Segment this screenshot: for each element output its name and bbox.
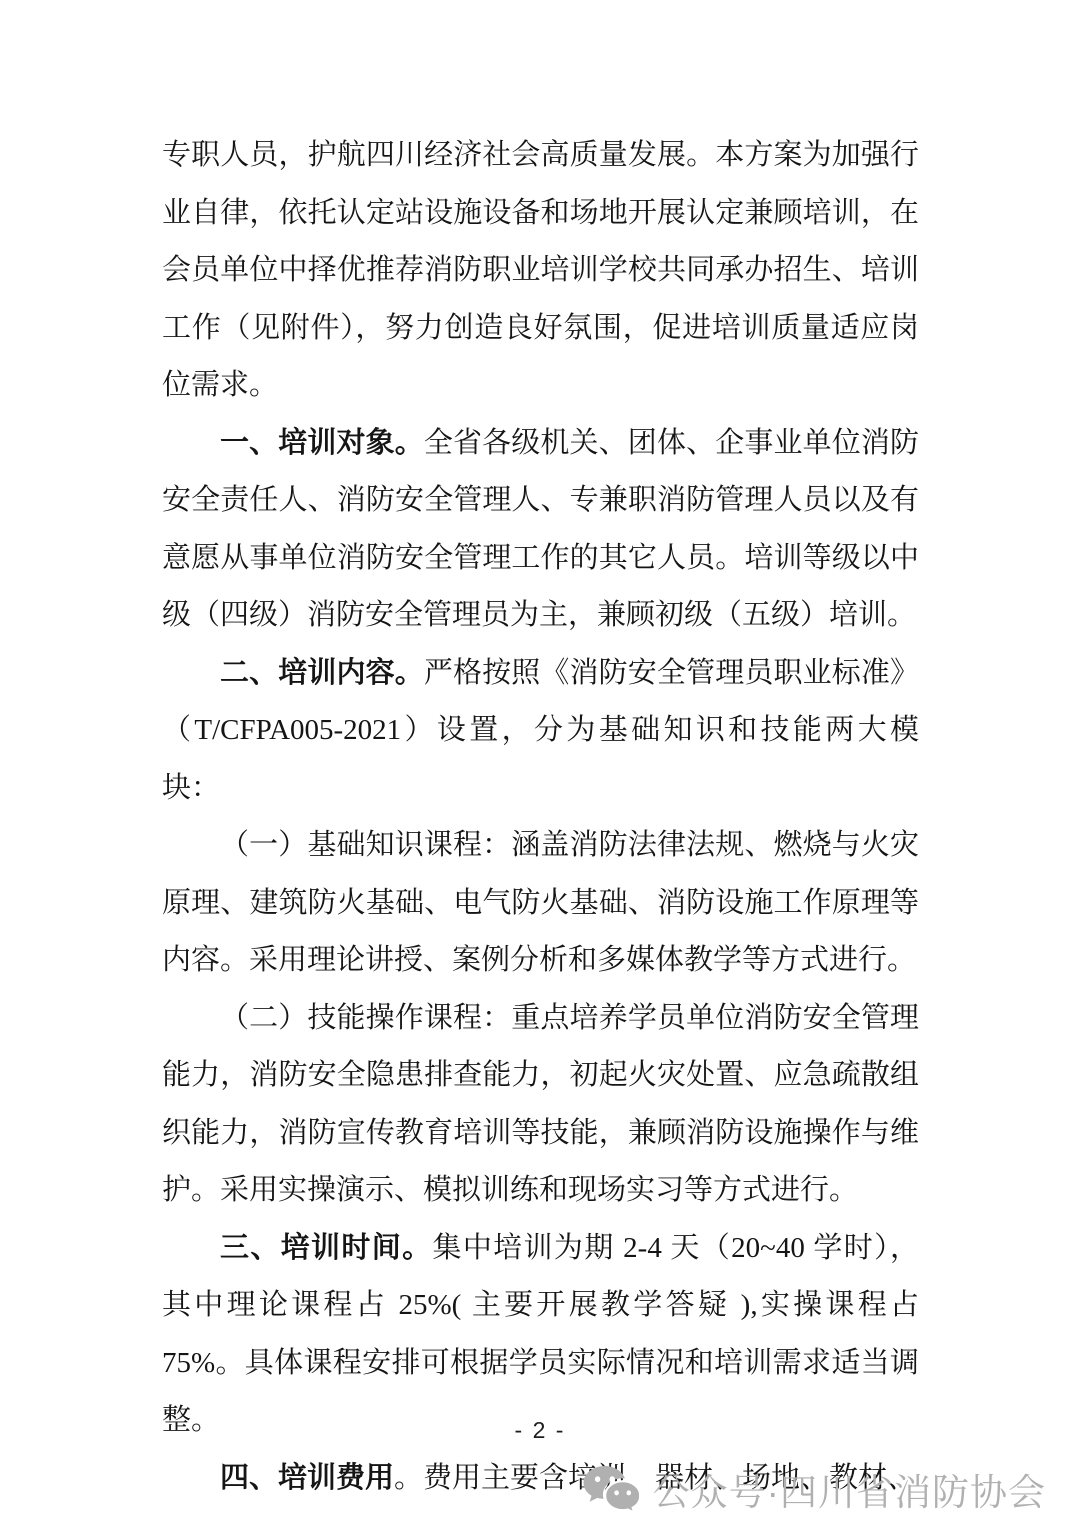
paragraph: （一）基础知识课程：涵盖消防法律法规、燃烧与火灾原理、建筑防火基础、电气防火基础… bbox=[162, 817, 919, 990]
section-heading-run: 二、培训内容。 bbox=[220, 657, 424, 689]
text-run: （一）基础知识课程：涵盖消防法律法规、燃烧与火灾原理、建筑防火基础、电气防火基础… bbox=[162, 829, 919, 976]
section-heading-run: 四、培训费用 bbox=[220, 1462, 394, 1494]
text-run: 专职人员，护航四川经济社会高质量发展。本方案为加强行业自律，依托认定站设施设备和… bbox=[162, 139, 919, 401]
watermark-label: 公众号·四川省消防协会 bbox=[653, 1462, 1046, 1516]
text-run: （二）技能操作课程：重点培养学员单位消防安全管理能力，消防安全隐患排查能力，初起… bbox=[162, 1002, 919, 1207]
section-heading-run: 一、培训对象。 bbox=[220, 427, 424, 459]
wechat-icon bbox=[583, 1465, 639, 1514]
document-body: 专职人员，护航四川经济社会高质量发展。本方案为加强行业自律，依托认定站设施设备和… bbox=[162, 127, 919, 1507]
paragraph: 二、培训内容。严格按照《消防安全管理员职业标准》（T/CFPA005-2021）… bbox=[162, 645, 919, 818]
document-page: 专职人员，护航四川经济社会高质量发展。本方案为加强行业自律，依托认定站设施设备和… bbox=[0, 0, 1080, 1527]
paragraph: 专职人员，护航四川经济社会高质量发展。本方案为加强行业自律，依托认定站设施设备和… bbox=[162, 127, 919, 415]
paragraph: 一、培训对象。全省各级机关、团体、企事业单位消防安全责任人、消防安全管理人、专兼… bbox=[162, 415, 919, 645]
page-number: - 2 - bbox=[0, 1414, 1080, 1446]
watermark: 公众号·四川省消防协会 bbox=[583, 1462, 1046, 1516]
section-heading-run: 三、培训时间。 bbox=[220, 1232, 432, 1264]
paragraph: （二）技能操作课程：重点培养学员单位消防安全管理能力，消防安全隐患排查能力，初起… bbox=[162, 990, 919, 1220]
